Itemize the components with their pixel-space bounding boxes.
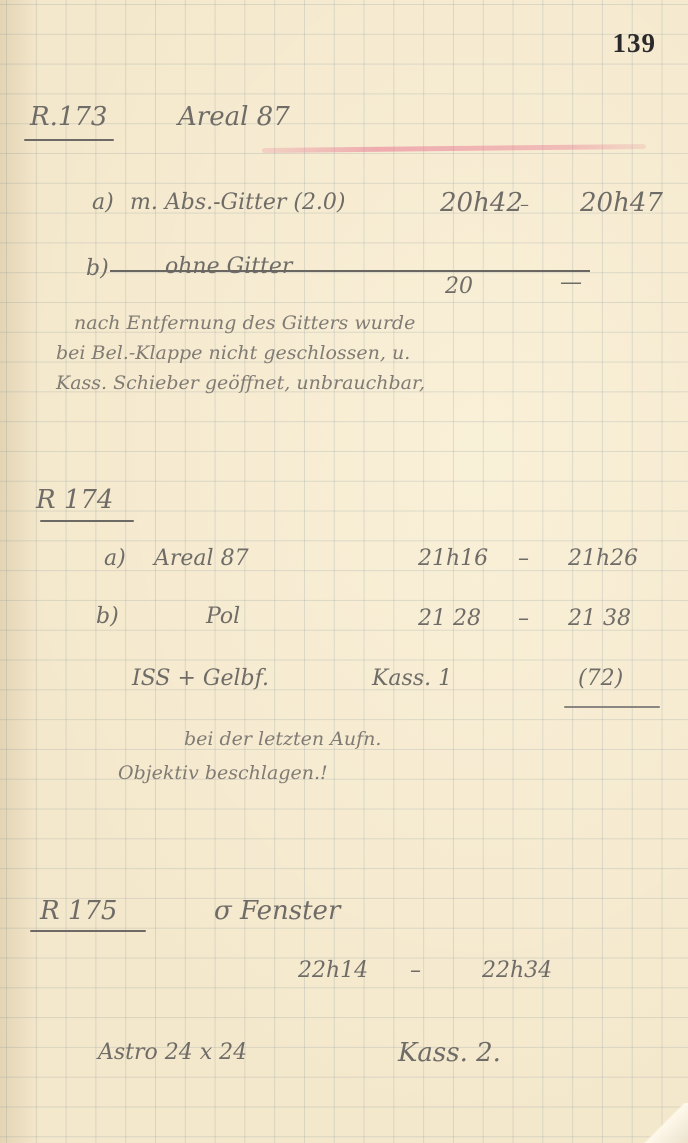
time-separator: –: [410, 960, 421, 982]
time-separator: –: [520, 196, 529, 214]
r174-cassette: Kass. 1: [372, 668, 452, 690]
r174-line-b-label: b): [96, 606, 119, 628]
r173-line-a-time-start: 20h42: [440, 190, 523, 216]
r174-line-a-time-start: 21h16: [418, 548, 488, 570]
entry-title-r175: σ Fenster: [214, 898, 340, 924]
r173-note-line-1: nach Entfernung des Gitters wurde: [74, 314, 415, 333]
r174-line-b-time-start: 21 28: [418, 608, 481, 630]
r174-film: ISS + Gelbf.: [132, 668, 269, 690]
entry-id-r175: R 175: [40, 898, 117, 924]
page-number: 139: [613, 28, 657, 59]
entry-id-r173: R.173: [30, 104, 107, 130]
r173-line-a-time-end: 20h47: [580, 190, 663, 216]
r173-line-a-label: a): [92, 192, 114, 214]
entry-id-underline: [30, 930, 146, 932]
notebook-page: 139 R.173 Areal 87 a) m. Abs.-Gitter (2.…: [0, 0, 688, 1143]
entry-title-r173: Areal 87: [178, 104, 290, 130]
pink-divider-line: [262, 144, 646, 153]
count-underline: [564, 706, 660, 708]
r174-note-line-2: Objektiv beschlagen.!: [118, 764, 328, 783]
r173-note-line-2: bei Bel.-Klappe nicht geschlossen, u.: [56, 344, 410, 363]
r173-line-a-text: m. Abs.-Gitter (2.0): [130, 192, 346, 214]
r174-line-a-time-end: 21h26: [568, 548, 638, 570]
r174-line-b-text: Pol: [206, 606, 240, 628]
entry-id-underline: [40, 520, 134, 522]
time-separator: –: [518, 608, 529, 630]
page-corner-curl: [628, 1103, 688, 1143]
r174-line-a-label: a): [104, 548, 126, 570]
r174-note-line-1: bei der letzten Aufn.: [184, 730, 381, 749]
r173-line-b-time-end: —: [560, 272, 582, 294]
r175-time-start: 22h14: [298, 960, 368, 982]
time-separator: –: [518, 548, 529, 570]
entry-id-underline: [24, 139, 114, 141]
r175-cassette: Kass. 2.: [398, 1040, 501, 1066]
strikethrough-line: [110, 270, 590, 272]
r173-line-b-time-start: 20: [445, 276, 473, 298]
r174-line-a-text: Areal 87: [154, 548, 249, 570]
r174-line-b-time-end: 21 38: [568, 608, 631, 630]
r173-note-line-3: Kass. Schieber geöffnet, unbrauchbar,: [56, 374, 425, 393]
r174-count: (72): [578, 668, 623, 690]
entry-id-r174: R 174: [36, 487, 113, 513]
r175-time-end: 22h34: [482, 960, 552, 982]
r173-line-b-label: b): [86, 258, 109, 280]
r175-film: Astro 24 x 24: [98, 1042, 247, 1064]
r173-line-b-text: ohne Gitter: [165, 256, 292, 278]
